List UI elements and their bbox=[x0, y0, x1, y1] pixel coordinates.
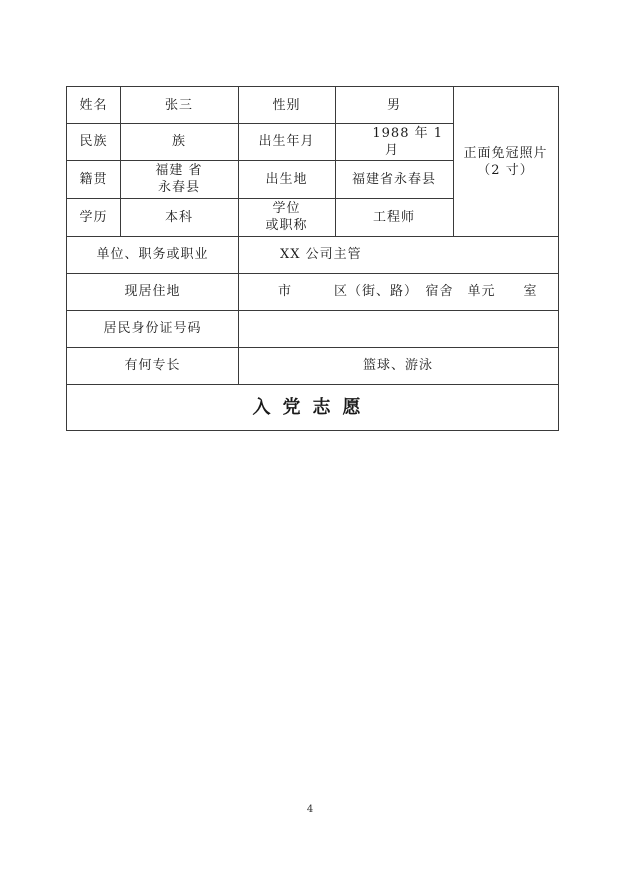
birth-date-label: 出生年月 bbox=[238, 123, 335, 160]
education-value[interactable]: 本科 bbox=[120, 198, 238, 236]
native-place-line1: 福建 省 bbox=[155, 162, 202, 179]
birth-date-line1: 1988 年 1 bbox=[372, 125, 453, 142]
residence-label: 现居住地 bbox=[67, 273, 238, 310]
gender-label: 性别 bbox=[238, 87, 335, 123]
ethnicity-label: 民族 bbox=[67, 123, 120, 160]
name-label: 姓名 bbox=[67, 87, 120, 123]
photo-label: 正面免冠照片 bbox=[463, 145, 547, 162]
degree-label-line2: 或职称 bbox=[265, 217, 307, 234]
native-place-value[interactable]: 福建 省 永春县 bbox=[120, 160, 238, 198]
party-application-form: 姓名 张三 性别 男 正面免冠照片 （2 寸） 民族 族 出生年月 1988 年… bbox=[66, 86, 559, 431]
education-label: 学历 bbox=[67, 198, 120, 236]
ethnicity-value[interactable]: 族 bbox=[120, 123, 238, 160]
native-place-label: 籍贯 bbox=[67, 160, 120, 198]
photo-placeholder[interactable]: 正面免冠照片 （2 寸） bbox=[453, 87, 558, 236]
id-number-value[interactable] bbox=[238, 310, 558, 347]
degree-label-line1: 学位 bbox=[272, 200, 300, 217]
native-place-line2: 永春县 bbox=[158, 179, 200, 196]
page-number: 4 bbox=[300, 804, 320, 815]
residence-value[interactable]: 市 区（街、路） 宿舍 单元 室 bbox=[238, 273, 558, 310]
birthplace-label: 出生地 bbox=[238, 160, 335, 198]
photo-size: （2 寸） bbox=[477, 162, 533, 179]
specialty-label: 有何专长 bbox=[67, 347, 238, 384]
birth-date-line2: 月 bbox=[335, 142, 399, 159]
birth-date-value[interactable]: 1988 年 1 月 bbox=[335, 123, 453, 160]
degree-value[interactable]: 工程师 bbox=[335, 198, 453, 236]
birthplace-value[interactable]: 福建省永春县 bbox=[335, 160, 453, 198]
degree-label: 学位 或职称 bbox=[238, 198, 335, 236]
section-title: 入党志愿 bbox=[67, 384, 558, 430]
name-value[interactable]: 张三 bbox=[120, 87, 238, 123]
gender-value[interactable]: 男 bbox=[335, 87, 453, 123]
employer-label: 单位、职务或职业 bbox=[67, 236, 238, 273]
employer-value[interactable]: XX 公司主管 bbox=[238, 236, 558, 273]
id-number-label: 居民身份证号码 bbox=[67, 310, 238, 347]
specialty-value[interactable]: 篮球、游泳 bbox=[238, 347, 558, 384]
